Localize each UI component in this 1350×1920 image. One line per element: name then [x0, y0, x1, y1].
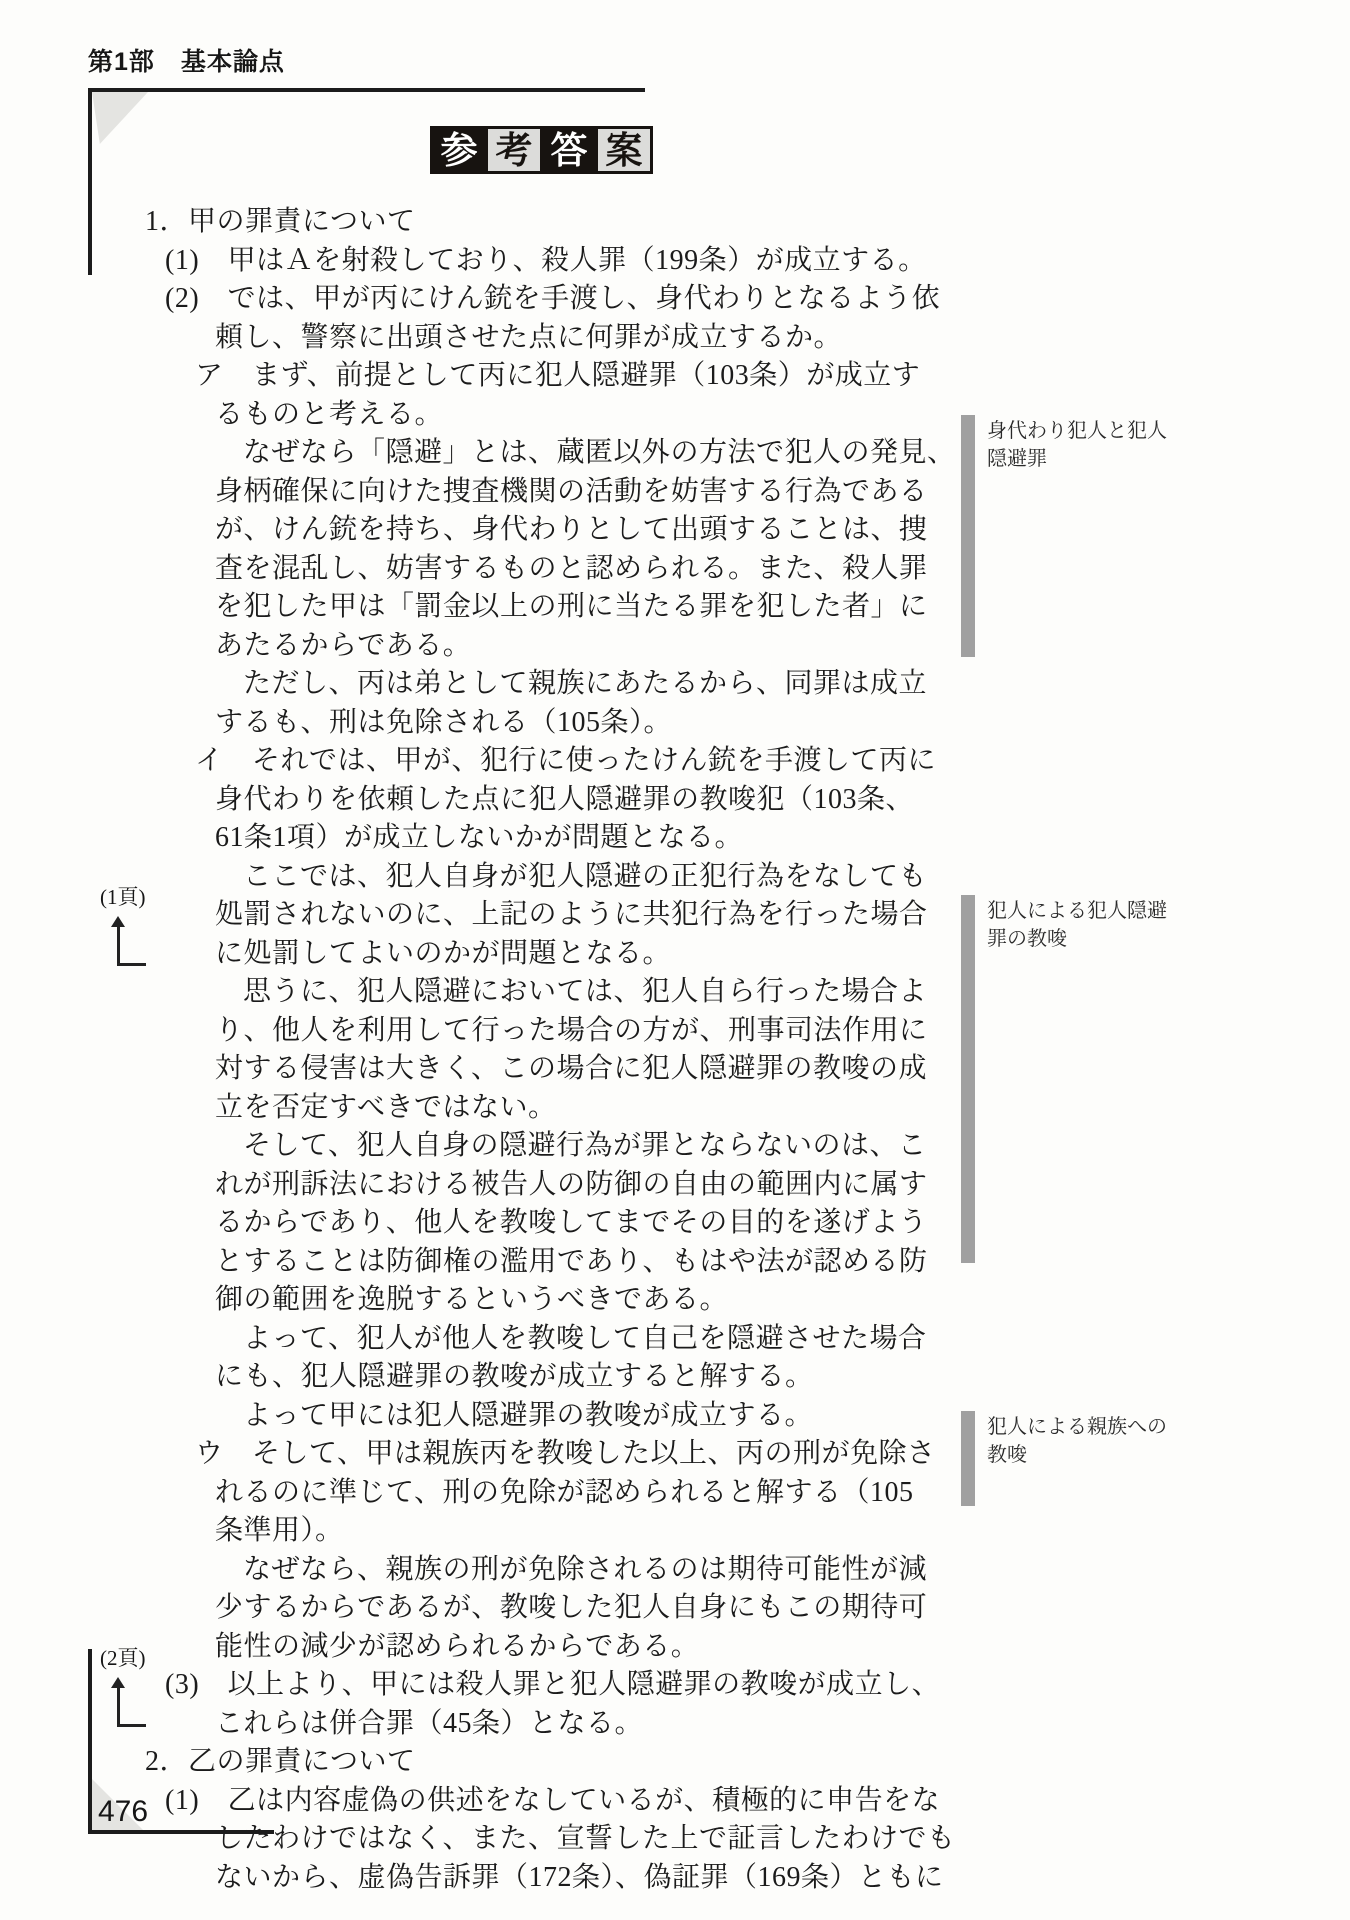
body-line: 御の範囲を逸脱するというべきである。: [0, 1281, 1000, 1320]
body-line-text: 思うに、犯人隠避においては、犯人自ら行った場合よ: [243, 976, 927, 1007]
page-break-label: (2頁): [100, 1642, 146, 1672]
body-line: とすることは防御権の濫用であり、もはや法が認める防: [0, 1243, 1000, 1282]
body-line-text: (1) 甲はＡを射殺しており、殺人罪（199条）が成立する。: [165, 245, 927, 276]
body-line: ウ そして、甲は親族丙を教唆した以上、丙の刑が免除さ: [0, 1435, 1000, 1474]
page-number: 476: [98, 1795, 148, 1829]
body-line: 1．甲の罪責について: [0, 203, 1000, 242]
margin-note-text: 犯人による親族への教唆: [987, 1411, 1183, 1506]
header-rule-horizontal: [88, 88, 645, 92]
body-line-text: 頼し、警察に出頭させた点に何罪が成立するか。: [215, 322, 842, 353]
body-line: したわけではなく、また、宣誓した上で証言したわけでも: [0, 1820, 1000, 1859]
body-line-text: するも、刑は免除される（105条）。: [215, 707, 672, 738]
corner-triangle-top: [92, 92, 148, 144]
chapter-header: 第1部 基本論点: [88, 42, 285, 78]
margin-note-1: 身代わり犯人と犯人隠避罪: [961, 415, 1183, 657]
body-line: るからであり、他人を教唆してまでその目的を遂げよう: [0, 1204, 1000, 1243]
book-page: 第1部 基本論点 参考答案 1．甲の罪責について(1) 甲はＡを射殺しており、殺…: [0, 0, 1350, 1920]
body-line: (3) 以上より、甲には殺人罪と犯人隠避罪の教唆が成立し、: [0, 1666, 1000, 1705]
body-line-text: るからであり、他人を教唆してまでその目的を遂げよう: [215, 1207, 927, 1238]
body-line: なぜなら「隠避」とは、蔵匿以外の方法で犯人の発見、: [0, 434, 1000, 473]
body-line: 処罰されないのに、上記のように共犯行為を行った場合: [0, 896, 1000, 935]
body-line: イ それでは、甲が、犯行に使ったけん銃を手渡して丙に: [0, 742, 1000, 781]
title-char: 考: [488, 129, 540, 171]
title-char: 案: [598, 129, 650, 171]
body-line: 思うに、犯人隠避においては、犯人自ら行った場合よ: [0, 973, 1000, 1012]
body-line-text: 対する侵害は大きく、この場合に犯人隠避罪の教唆の成: [215, 1053, 927, 1084]
body-line-text: にも、犯人隠避罪の教唆が成立すると解する。: [215, 1361, 814, 1392]
body-line-text: に処罰してよいのかが問題となる。: [215, 938, 671, 969]
body-line-text: なぜなら「隠避」とは、蔵匿以外の方法で犯人の発見、: [243, 437, 956, 468]
body-line: り、他人を利用して行った場合の方が、刑事司法作用に: [0, 1012, 1000, 1051]
body-line-text: 身代わりを依頼した点に犯人隠避罪の教唆犯（103条、: [215, 784, 914, 815]
body-line-text: ここでは、犯人自身が犯人隠避の正犯行為をなしても: [243, 861, 927, 892]
page-break-arrow-icon: [117, 1680, 146, 1727]
body-line: 対する侵害は大きく、この場合に犯人隠避罪の教唆の成: [0, 1050, 1000, 1089]
page-break-label: (1頁): [100, 881, 146, 911]
margin-note-bar: [961, 415, 975, 657]
body-line: するも、刑は免除される（105条）。: [0, 704, 1000, 743]
body-line-text: 条準用）。: [215, 1515, 344, 1546]
body-line-text: イ それでは、甲が、犯行に使ったけん銃を手渡して丙に: [195, 745, 936, 776]
body-line-text: 査を混乱し、妨害するものと認められる。また、殺人罪: [215, 553, 928, 584]
body-line: そして、犯人自身の隠避行為が罪とならないのは、こ: [0, 1127, 1000, 1166]
margin-note-text: 犯人による犯人隠避罪の教唆: [987, 895, 1183, 1263]
body-line: 身柄確保に向けた捜査機関の活動を妨害する行為である: [0, 473, 1000, 512]
margin-note-bar: [961, 1411, 975, 1506]
body-line-text: (2) では、甲が丙にけん銃を手渡し、身代わりとなるよう依: [165, 283, 940, 314]
body-line-text: よって甲には犯人隠避罪の教唆が成立する。: [243, 1400, 813, 1431]
body-line-text: ただし、丙は弟として親族にあたるから、同罪は成立: [243, 668, 927, 699]
body-line: なぜなら、親族の刑が免除されるのは期待可能性が減: [0, 1551, 1000, 1590]
body-line: れるのに準じて、刑の免除が認められると解する（105: [0, 1474, 1000, 1513]
body-line: (2) では、甲が丙にけん銃を手渡し、身代わりとなるよう依: [0, 280, 1000, 319]
page-break-marker-2: (2頁): [100, 1642, 146, 1727]
body-line: 頼し、警察に出頭させた点に何罪が成立するか。: [0, 319, 1000, 358]
title-char: 答: [543, 129, 595, 171]
body-line-text: あたるからである。: [215, 630, 471, 661]
footer-rule-vertical: [88, 1649, 92, 1833]
body-line-text: (3) 以上より、甲には殺人罪と犯人隠避罪の教唆が成立し、: [165, 1669, 940, 1700]
body-line-text: 2．乙の罪責について: [145, 1746, 415, 1777]
body-line: 少するからであるが、教唆した犯人自身にもこの期待可: [0, 1589, 1000, 1628]
body-line-text: 61条1項）が成立しないかが問題となる。: [215, 822, 743, 853]
body-line-text: (1) 乙は内容虚偽の供述をなしているが、積極的に申告をな: [165, 1785, 940, 1816]
page-break-marker-1: (1頁): [100, 881, 146, 966]
body-line-text: り、他人を利用して行った場合の方が、刑事司法作用に: [215, 1015, 928, 1046]
body-line-text: なぜなら、親族の刑が免除されるのは期待可能性が減: [243, 1554, 927, 1585]
body-line: よって、犯人が他人を教唆して自己を隠避させた場合: [0, 1320, 1000, 1359]
body-line-text: るものと考える。: [215, 399, 443, 430]
body-line-text: れが刑訴法における被告人の防御の自由の範囲内に属す: [215, 1169, 928, 1200]
body-line-text: ウ そして、甲は親族丙を教唆した以上、丙の刑が免除さ: [195, 1438, 935, 1469]
body-line: これらは併合罪（45条）となる。: [0, 1705, 1000, 1744]
body-line: 2．乙の罪責について: [0, 1743, 1000, 1782]
body-line-text: したわけではなく、また、宣誓した上で証言したわけでも: [215, 1823, 955, 1854]
body-line: 能性の減少が認められるからである。: [0, 1628, 1000, 1667]
body-line: あたるからである。: [0, 627, 1000, 666]
body-line: 身代わりを依頼した点に犯人隠避罪の教唆犯（103条、: [0, 781, 1000, 820]
body-line: れが刑訴法における被告人の防御の自由の範囲内に属す: [0, 1166, 1000, 1205]
body-line-text: 処罰されないのに、上記のように共犯行為を行った場合: [215, 899, 928, 930]
body-line-text: 身柄確保に向けた捜査機関の活動を妨害する行為である: [215, 476, 928, 507]
answer-body: 1．甲の罪責について(1) 甲はＡを射殺しており、殺人罪（199条）が成立する。…: [0, 203, 1000, 1897]
body-line: (1) 甲はＡを射殺しており、殺人罪（199条）が成立する。: [0, 242, 1000, 281]
margin-note-2: 犯人による犯人隠避罪の教唆: [961, 895, 1183, 1263]
body-line: に処罰してよいのかが問題となる。: [0, 935, 1000, 974]
body-line-text: ア まず、前提として丙に犯人隠避罪（103条）が成立す: [195, 360, 920, 391]
body-line: ア まず、前提として丙に犯人隠避罪（103条）が成立す: [0, 357, 1000, 396]
body-line-text: よって、犯人が他人を教唆して自己を隠避させた場合: [243, 1323, 926, 1354]
body-line: ないから、虚偽告訴罪（172条）、偽証罪（169条）ともに: [0, 1859, 1000, 1898]
body-line: が、けん銃を持ち、身代わりとして出頭することは、捜: [0, 511, 1000, 550]
body-line-text: そして、犯人自身の隠避行為が罪とならないのは、こ: [243, 1130, 926, 1161]
body-line-text: 少するからであるが、教唆した犯人自身にもこの期待可: [215, 1592, 927, 1623]
body-line: ここでは、犯人自身が犯人隠避の正犯行為をなしても: [0, 858, 1000, 897]
body-line: 査を混乱し、妨害するものと認められる。また、殺人罪: [0, 550, 1000, 589]
margin-note-bar: [961, 895, 975, 1263]
body-line-text: が、けん銃を持ち、身代わりとして出頭することは、捜: [215, 514, 928, 545]
body-line-text: を犯した甲は「罰金以上の刑に当たる罪を犯した者」に: [215, 591, 928, 622]
body-line-text: とすることは防御権の濫用であり、もはや法が認める防: [215, 1246, 928, 1277]
page-break-arrow-icon: [117, 919, 146, 966]
body-line-text: ないから、虚偽告訴罪（172条）、偽証罪（169条）ともに: [215, 1862, 944, 1893]
body-line: を犯した甲は「罰金以上の刑に当たる罪を犯した者」に: [0, 588, 1000, 627]
margin-note-3: 犯人による親族への教唆: [961, 1411, 1183, 1506]
body-line-text: 立を否定すべきではない。: [215, 1092, 556, 1123]
body-line-text: これらは併合罪（45条）となる。: [215, 1708, 643, 1739]
body-line: (1) 乙は内容虚偽の供述をなしているが、積極的に申告をな: [0, 1782, 1000, 1821]
title-char: 参: [433, 129, 485, 171]
body-line-text: れるのに準じて、刑の免除が認められると解する（105: [215, 1477, 913, 1508]
body-line-text: 1．甲の罪責について: [145, 206, 415, 237]
body-line: ただし、丙は弟として親族にあたるから、同罪は成立: [0, 665, 1000, 704]
body-line-text: 御の範囲を逸脱するというべきである。: [215, 1284, 728, 1315]
section-title: 参考答案: [430, 126, 653, 174]
body-line: 立を否定すべきではない。: [0, 1089, 1000, 1128]
body-line-text: 能性の減少が認められるからである。: [215, 1631, 699, 1662]
body-line: 61条1項）が成立しないかが問題となる。: [0, 819, 1000, 858]
margin-note-text: 身代わり犯人と犯人隠避罪: [987, 415, 1183, 657]
body-line: にも、犯人隠避罪の教唆が成立すると解する。: [0, 1358, 1000, 1397]
body-line: るものと考える。: [0, 396, 1000, 435]
body-line: よって甲には犯人隠避罪の教唆が成立する。: [0, 1397, 1000, 1436]
footer-rule-horizontal: [88, 1830, 274, 1834]
body-line: 条準用）。: [0, 1512, 1000, 1551]
